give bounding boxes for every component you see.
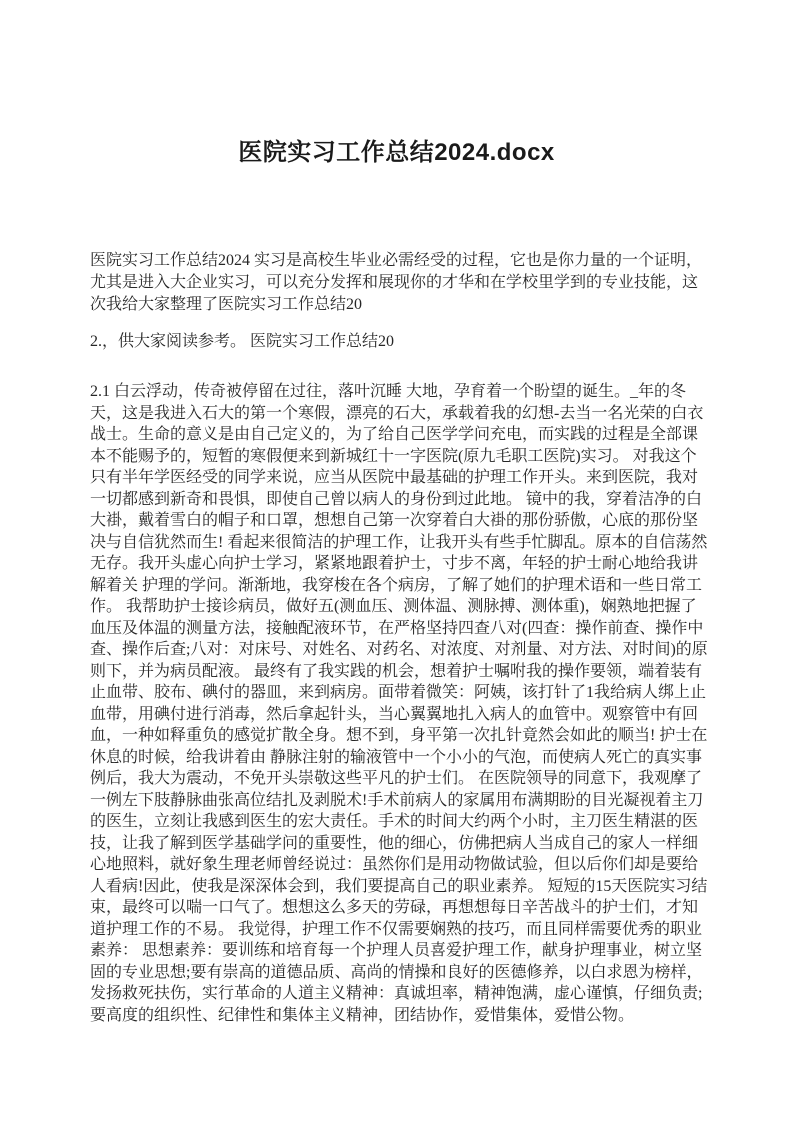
paragraph-reference: 2.，供大家阅读参考。 医院实习工作总结20: [90, 331, 710, 353]
paragraph-main: 2.1 白云浮动，传奇被停留在过往，落叶沉睡 大地，孕育着一个盼望的诞生。_年的…: [90, 381, 710, 1026]
document-body: 医院实习工作总结2024 实习是高校生毕业必需经受的过程，它也是你力量的一个证明…: [90, 250, 710, 1026]
document-title: 医院实习工作总结2024.docx: [0, 0, 793, 170]
paragraph-intro: 医院实习工作总结2024 实习是高校生毕业必需经受的过程，它也是你力量的一个证明…: [90, 250, 710, 316]
document-page: 医院实习工作总结2024.docx 医院实习工作总结2024 实习是高校生毕业必…: [0, 0, 793, 1122]
